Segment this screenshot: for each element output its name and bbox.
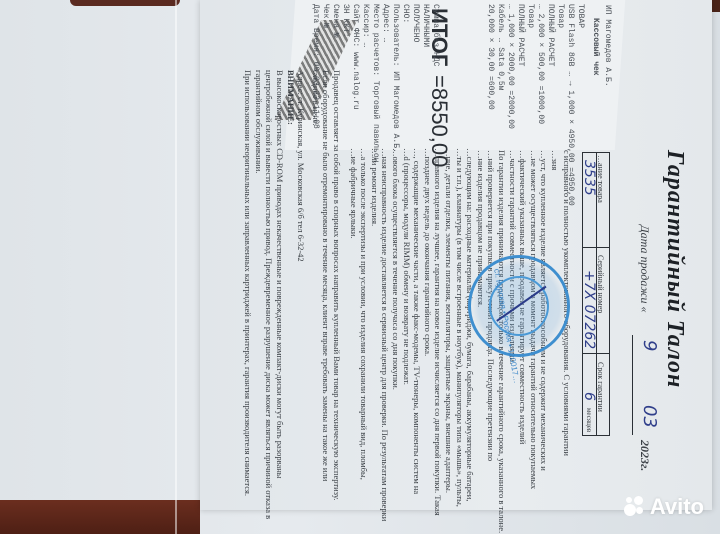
terms-line: …ты и т.п.), клавиатуры (в том числе вст… xyxy=(454,148,465,507)
receipt-footer-line: Сумма без НДС xyxy=(430,4,440,66)
receipt-footer-line: Чек № xyxy=(320,4,330,28)
receipt-footer-line: Пользователь: ИП Магомедов А.Б. xyxy=(390,4,400,153)
terms-line: Адрес: ст. Куринская, ул. Московская 6/б… xyxy=(295,70,306,262)
receipt-line: Товар xyxy=(555,4,565,28)
receipt-footer-line: ПОЛУЧЕНО xyxy=(410,4,420,42)
receipt-line: Товар xyxy=(525,4,535,28)
terms-line: гарантийном обслуживании. xyxy=(253,70,264,173)
terms-line: …d (процессоры, модули RIMM) обмену и во… xyxy=(401,148,412,385)
terms-line: …, содержащие механические части, а такж… xyxy=(411,148,422,494)
receipt-line: … 2,000 × 500,00 =1000,00 xyxy=(535,4,545,124)
terms-line: ВНИМАНИЕ: xyxy=(285,70,296,125)
terms-line: При использовании неоригинальных или зап… xyxy=(242,70,253,496)
receipt-total-value: =8550,00 xyxy=(426,75,452,167)
terms-line: …зня xyxy=(549,150,560,170)
terms-line: …правного изделия на лучшее, гарантия на… xyxy=(432,148,443,516)
receipt-footer-line: Место расчетов: Торговый павильон xyxy=(370,4,380,162)
receipt-line: 20,000 × 30,00 =600,00 xyxy=(485,4,495,110)
receipt-footer-line: Смена № xyxy=(330,4,340,38)
terms-line: …позднее двух недель до окончания гарант… xyxy=(422,148,433,356)
avito-brand: Avito xyxy=(650,494,704,520)
terms-line: …ние, детали отделки, элементы питания, … xyxy=(443,148,454,493)
terms-line: …ового блока осуществляется в течение по… xyxy=(390,148,401,390)
receipt-line: Кабель … Sata 0,5м xyxy=(495,4,505,90)
table-header-warranty: Срок гарантии xyxy=(595,362,606,412)
terms-line: …ие фабричные ярлыки. xyxy=(348,148,359,239)
table-surface xyxy=(0,500,200,534)
terms-line: …а только после экспертизы и при условии… xyxy=(358,148,369,480)
sale-day: 9 xyxy=(639,340,660,351)
receipt-footer-line: СНО: xyxy=(400,4,410,23)
receipt-footer-line: Дата Время: 09.03.23 11:08 xyxy=(310,4,320,129)
avito-watermark: Avito xyxy=(624,494,704,520)
date-underline xyxy=(632,335,633,435)
receipt-footer-line: Кассир: … xyxy=(360,4,370,47)
receipt-line: … 1,000 × 2000,00 =2000,00 xyxy=(505,4,515,129)
receipt-footer-line: НАЛИЧНЫМИ xyxy=(420,4,430,47)
terms-line: В высокоскоростных CD-ROM приводах некач… xyxy=(274,70,285,479)
table-surface xyxy=(70,0,180,6)
avito-logo-icon xyxy=(624,496,646,518)
receipt-line: ПОЛНЫЙ РАСЧЕТ xyxy=(545,4,555,66)
product-code: 3535 xyxy=(581,160,597,196)
receipt-line: ПОЛНЫЙ РАСЧЕТ xyxy=(515,4,525,66)
receipt-footer-line: ЗН ККТ: xyxy=(340,4,350,38)
receipt-header-1: ИП Магомедов А.Б. xyxy=(602,5,612,87)
receipt-footer-line: Адрес: … xyxy=(380,4,390,42)
terms-line: Если оборудование не было отремонтирован… xyxy=(320,70,331,481)
document-title: Гарантийный Талон xyxy=(661,150,688,388)
serial-number: +7Х 07262 xyxy=(581,270,597,349)
sale-month: 03 xyxy=(639,405,660,428)
terms-line: центробежной силой и вывести полностью п… xyxy=(263,70,274,519)
terms-line: Продавец оставляет за собой право в спор… xyxy=(331,70,342,500)
receipt-line: USB Flash 8GB … → 1,000 × 4950,00 =4950,… xyxy=(565,4,575,206)
receipt-header-2: Кассовый чек xyxy=(590,18,600,76)
sale-date-label: Дата продажи « xyxy=(639,225,650,313)
paper-fold xyxy=(175,0,177,534)
terms-line: …ная неисправность изделие доставляется … xyxy=(379,148,390,521)
warranty-unit: месяцев xyxy=(583,408,594,432)
receipt-line: ТОВАР xyxy=(575,4,585,28)
receipt-footer-line: Сайт ФНС: www.nalog.ru xyxy=(350,4,360,110)
sale-year: 2023г. xyxy=(639,440,650,471)
warranty-period: 6 xyxy=(581,392,597,401)
